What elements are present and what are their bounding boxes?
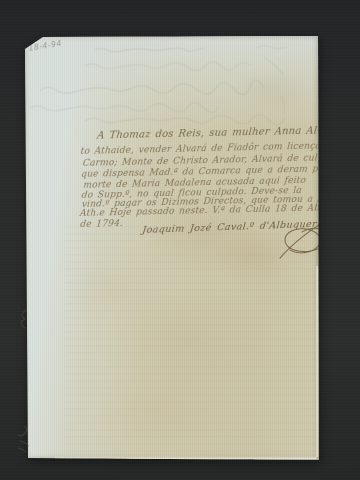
paper-bottom-edge-highlight — [55, 456, 317, 459]
left-edge-ink-marks — [14, 300, 40, 460]
paper-sheet: 18-4-94 A Thomaz dos Reis, sua mulher An… — [25, 36, 319, 460]
document-scan: 18-4-94 A Thomaz dos Reis, sua mulher An… — [0, 0, 360, 480]
signature-paraph-flourish — [272, 214, 332, 260]
paper-right-edge-highlight — [316, 266, 318, 457]
handwriting-line: A Thomaz dos Reis, sua mulher Anna Al- — [97, 125, 322, 141]
handwriting-line: de 1794. — [80, 219, 124, 230]
paper-surface: 18-4-94 A Thomaz dos Reis, sua mulher An… — [25, 36, 319, 460]
